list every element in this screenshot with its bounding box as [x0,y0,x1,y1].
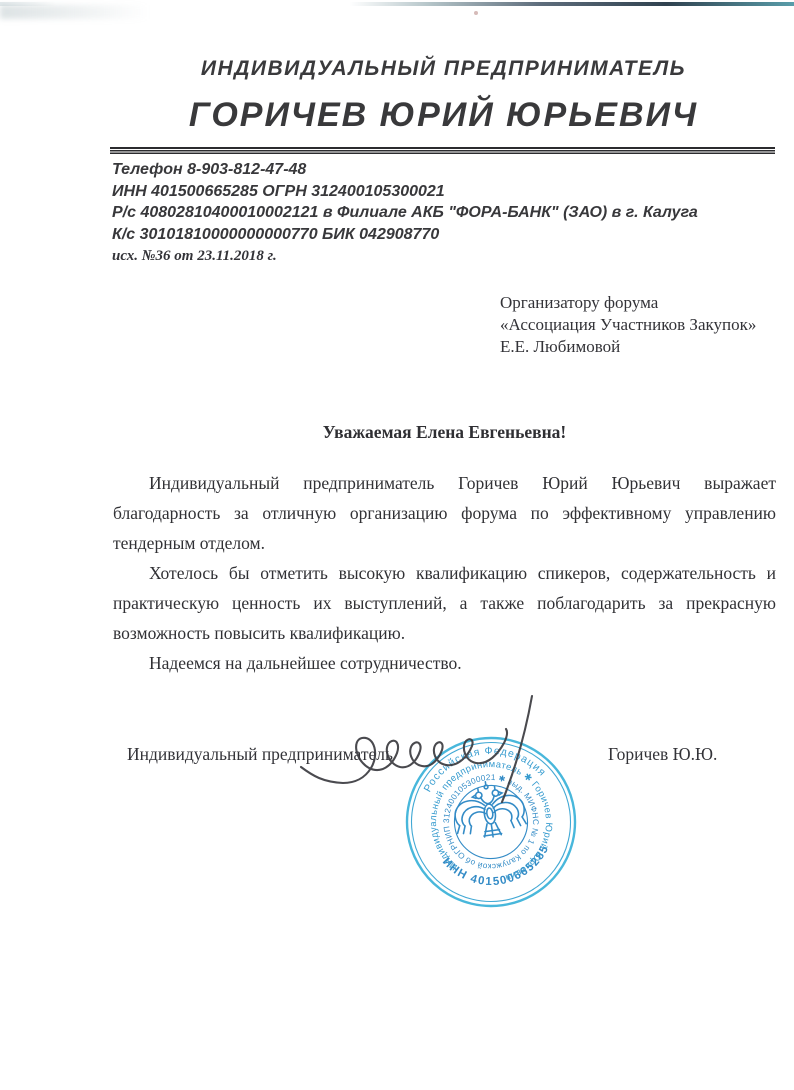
handwritten-signature [295,688,550,818]
salutation: Уважаемая Елена Евгеньевна! [113,422,776,443]
contact-inn-ogrn-line: ИНН 401500665285 ОГРН 312400105300021 [112,181,698,203]
recipient-line-2: «Ассоциация Участников Закупок» [500,314,756,336]
letterhead-owner-name: ГОРИЧЕВ ЮРИЙ ЮРЬЕВИЧ [110,96,777,135]
letterhead-type-label: ИНДИВИДУАЛЬНЫЙ ПРЕДПРИНИМАТЕЛЬ [110,57,777,81]
signature-flourish [301,729,507,783]
recipient-block: Организатору форума «Ассоциация Участник… [500,292,756,358]
recipient-line-3: Е.Е. Любимовой [500,336,756,358]
contact-correspondent-account-line: К/с 30101810000000000770 БИК 042908770 [112,224,698,246]
body-paragraph-1: Индивидуальный предприниматель Горичев Ю… [113,468,776,558]
scanned-letter-page: ИНДИВИДУАЛЬНЫЙ ПРЕДПРИНИМАТЕЛЬ ГОРИЧЕВ Ю… [0,0,794,1090]
body-paragraph-2: Хотелось бы отметить высокую квалификаци… [113,558,776,648]
contact-settlement-account-line: Р/с 40802810400010002121 в Филиале АКБ "… [112,202,698,224]
outgoing-reference: исх. №36 от 23.11.2018 г. [112,248,277,265]
body-paragraph-3: Надеемся на дальнейшее сотрудничество. [113,648,776,678]
signoff-name: Горичев Ю.Ю. [608,744,717,765]
scan-smudge-artifact [0,5,150,19]
letterhead-divider [110,147,775,154]
recipient-line-1: Организатору форума [500,292,756,314]
letterhead-contacts: Телефон 8-903-812-47-48 ИНН 401500665285… [112,159,698,245]
signature-stroke [502,696,532,802]
letter-body: Индивидуальный предприниматель Горичев Ю… [113,468,776,678]
scan-speck-artifact [474,11,478,15]
contact-phone-line: Телефон 8-903-812-47-48 [112,159,698,181]
